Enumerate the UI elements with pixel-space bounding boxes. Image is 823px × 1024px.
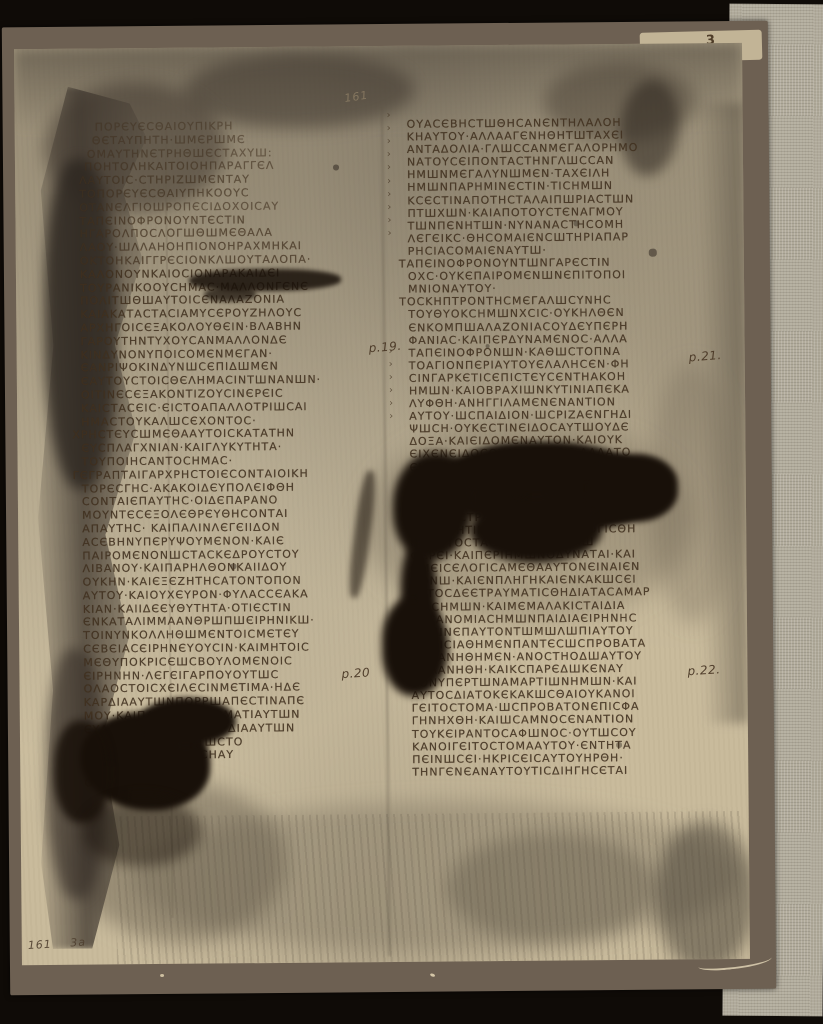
- text-line: ΤΗΝΓЄΝЄΑΝΑΥΤΟΥΤΙСΔΙΗΓΗСЄΤΑΙ: [412, 764, 652, 779]
- diple-mark: ›: [387, 136, 391, 147]
- diple-mark: ›: [387, 123, 391, 134]
- diple-mark: ›: [387, 162, 391, 173]
- manuscript-page: ΠΟΡЄΥЄСΘΑΙΟΥΠΙΚΡΗΘЄΤΑΥΠΗΤΗ·ШΜЄΡШΜЄΟΜΑΥΤΗ…: [14, 43, 750, 965]
- plate-numbers: 161 3a: [27, 935, 100, 952]
- vellum-striations: [116, 811, 742, 964]
- ink-smear-left-column: [204, 287, 256, 301]
- dirt-specks: [14, 49, 16, 51]
- diple-mark: ›: [387, 202, 391, 213]
- left-text-column: ΠΟΡЄΥЄСΘΑΙΟΥΠΙΚΡΗΘЄΤΑΥΠΗΤΗ·ШΜЄΡШΜЄΟΜΑΥΤΗ…: [79, 119, 325, 790]
- ink-blot-lower: [382, 597, 449, 696]
- diple-mark: ›: [388, 228, 392, 239]
- margin-annotation-p22: p.22.: [687, 662, 721, 678]
- emulsion-scuff-dot: [160, 974, 164, 977]
- plate-number-right: 3a: [70, 936, 87, 950]
- diple-mark: ›: [389, 359, 393, 370]
- diple-mark: ›: [387, 149, 391, 160]
- margin-annotation-p19: p.19.: [368, 339, 402, 356]
- diple-mark: ›: [387, 215, 391, 226]
- diple-mark: ›: [387, 189, 391, 200]
- margin-annotation-p20: p.20: [341, 665, 371, 681]
- diple-mark: ›: [389, 385, 393, 396]
- diple-mark: ›: [389, 411, 393, 422]
- ink-blot-center: [586, 453, 679, 522]
- manuscript-photograph: 3 ΠΟΡЄΥЄСΘΑΙΟΥΠΙΚΡΗΘЄΤΑΥΠΗΤΗ·ШΜЄΡШΜЄΟΜΑΥ…: [2, 21, 776, 996]
- diple-mark: ›: [387, 110, 391, 121]
- diple-mark: ›: [389, 398, 393, 409]
- diple-mark: ›: [387, 175, 391, 186]
- plate-number-left: 161: [27, 938, 52, 952]
- screenshot-root: { "colors": { "bg": "#0f0b07", "cloth": …: [0, 0, 823, 1024]
- margin-annotation-p21: p.21.: [688, 348, 722, 365]
- emulsion-scuff-dot: [430, 973, 436, 977]
- diple-mark: ›: [389, 372, 393, 383]
